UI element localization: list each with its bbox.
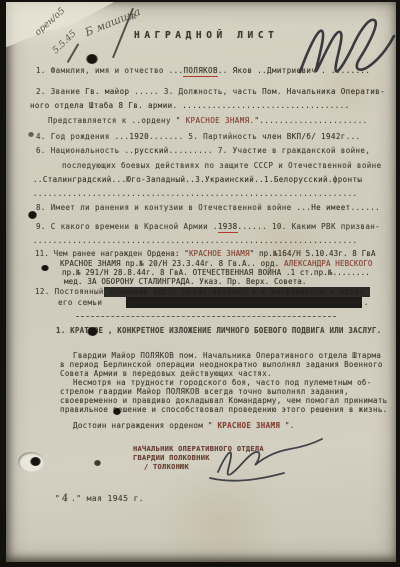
field-label-position: ..... 3. Должность, часть xyxy=(129,87,262,96)
feat-paragraph-line-7: правильное решение и способствовал прове… xyxy=(60,405,387,414)
field-label-civil-war: ......... 7. Участие в гражданской войне… xyxy=(169,146,371,155)
signer-title-line-2: ГВАРДИИ ПОЛКОВНИК xyxy=(133,454,210,462)
form-line-wounds: 8. Имеет ли ранения и контузии в Отечест… xyxy=(36,203,380,212)
field-dots-party: ... xyxy=(346,132,361,141)
date-month-year: мая 1945 г. xyxy=(81,494,144,503)
ink-blot-8 xyxy=(94,460,101,466)
field-value-fronts: ..Сталинградский...Юго-Западный..3.Украи… xyxy=(33,175,362,184)
field-label-birth-year: 4. Год рождения ... xyxy=(36,132,129,141)
field-value-awards-intro: Ордена: " xyxy=(147,249,189,258)
form-line-prior-awards-4: мед. ЗА ОБОРОНУ СТАЛИНГРАДА. Указ. Пр. В… xyxy=(64,277,307,286)
field-value-award-order-3: пр.№ 291/Н 28.8.44г. 8 ГвА. ОТЕЧЕСТВЕННА… xyxy=(62,268,370,277)
ink-blot-4 xyxy=(41,265,49,271)
field-value-award-name: КРАСНОЕ ЗНАМЯ. xyxy=(186,116,255,125)
field-label-war-participation: последующих боевых действиях по защите С… xyxy=(62,161,382,170)
date-close-quote: ." xyxy=(71,494,81,503)
ink-blot-3 xyxy=(28,211,37,219)
field-value-surname: ПОЛЯКОВ xyxy=(183,66,217,77)
conclusion-text: Достоин награждения орденом " xyxy=(73,421,217,430)
field-value-given-names: .. Яков ..Дмитриевич . ........ xyxy=(218,66,370,75)
field-label-name: 1. Фамилия, имя и отчество ... xyxy=(36,66,183,75)
field-value-wounds: Не имеет xyxy=(311,203,350,212)
field-label-rank: 2. Звание xyxy=(36,87,85,96)
handwritten-signature xyxy=(204,432,334,484)
conclusion-award-name: КРАСНОЕ ЗНАМЯ xyxy=(217,421,280,430)
feat-section-heading: 1. КРАТКОЕ , КОНКРЕТНОЕ ИЗЛОЖЕНИЕ ЛИЧНОГ… xyxy=(56,326,381,335)
handwritten-note-date: 5.5.45 xyxy=(51,29,79,56)
field-value-award-medal: мед. ЗА ОБОРОНУ СТАЛИНГРАДА. Указ. Пр. В… xyxy=(64,277,307,286)
ink-blot-1 xyxy=(86,54,98,64)
field-value-nationality: русский xyxy=(134,146,168,155)
pencil-check-stroke xyxy=(67,43,79,63)
ink-blot-6 xyxy=(113,408,121,415)
field-label-rvk: ...... 10. Каким РВК призван- xyxy=(238,222,381,231)
field-label-prior-awards: 11. Чем ранее награжден xyxy=(35,249,147,258)
field-value-award-order-1: " пр.№164/Н 5.10.43г. 8 ГвА xyxy=(250,249,376,258)
form-line-prior-awards-1: 11. Чем ранее награжден Ордена: "КРАСНОЕ… xyxy=(35,249,376,258)
field-value-party: член ВКП/б/ 1942г xyxy=(262,132,346,141)
form-line-rank-position: 2. Звание Гв. майор ..... 3. Должность, … xyxy=(36,87,385,96)
handwritten-day: 4 xyxy=(60,492,72,504)
form-line-birth-party: 4. Год рождения ...1920....... 5. Партий… xyxy=(36,132,360,141)
field-label-party: ....... 5. Партийность xyxy=(149,132,262,141)
field-label-family: его семьи xyxy=(58,298,102,307)
form-line-nationality: 6. Национальность ..русский......... 7. … xyxy=(36,146,370,155)
field-dots-filler-2: ........................................… xyxy=(33,236,357,245)
redaction-bar-2 xyxy=(126,297,362,308)
feat-paragraph-line-3: Совета Армии в передовых действующих час… xyxy=(60,369,272,378)
field-value-rank: Гв. майор xyxy=(85,87,129,96)
form-line-prior-awards-2: КРАСНОЕ ЗНАМЯ пр.№ 20/Н 23.3.44г. 8 Гв.А… xyxy=(60,259,373,268)
feat-paragraph-line-5: стрелом гвардии Майор ПОЛЯКОВ всегда точ… xyxy=(60,387,349,396)
form-line-position-cont: ного отдела Штаба 8 Гв. армии. .........… xyxy=(30,101,350,110)
document-title: НАГРАДНОЙ ЛИСТ xyxy=(134,30,278,41)
field-value-birth-year: 1920 xyxy=(129,132,149,141)
form-line-war-participation: последующих боевых действиях по защите С… xyxy=(62,161,382,170)
field-label-nominated: Представляется к ..ордену " xyxy=(48,116,186,125)
ink-blot-5 xyxy=(87,327,98,336)
field-value-award-nevsky: АЛЕКСАНДРА НЕВСКОГО xyxy=(284,259,373,268)
date-line: "4." мая 1945 г. xyxy=(55,493,144,504)
form-line-prior-awards-3: пр.№ 291/Н 28.8.44г. 8 ГвА. ОТЕЧЕСТВЕННА… xyxy=(62,268,370,277)
feat-paragraph-line-1: Гвардии Майор ПОЛЯКОВ пом. Начальника Оп… xyxy=(73,351,381,360)
form-line-fronts: ..Сталинградский...Юго-Западный..3.Украи… xyxy=(33,175,362,184)
field-label-wounds: 8. Имеет ли ранения и контузии в Отечест… xyxy=(36,203,311,212)
separator-line xyxy=(76,316,336,317)
field-value-position: Пом. Начальника Оператив- xyxy=(262,87,385,96)
form-line-dots-2: ........................................… xyxy=(33,236,357,245)
form-line-name: 1. Фамилия, имя и отчество ...ПОЛЯКОВ.. … xyxy=(36,66,370,75)
field-value-army-since: 1938 xyxy=(218,222,238,233)
feat-paragraph-line-4: Несмотря на трудности городского боя, ча… xyxy=(73,378,372,387)
field-value-award-red-banner-1: КРАСНОЕ ЗНАМЯ xyxy=(189,249,250,258)
feat-paragraph-line-2: в период Берлинской операции неоднократн… xyxy=(60,360,383,369)
redaction-bar-1 xyxy=(104,287,370,297)
form-line-dots-1: ........................................… xyxy=(33,189,357,198)
field-value-award-order-2: КРАСНОЕ ЗНАМЯ пр.№ 20/Н 23.3.44г. 8 Гв.А… xyxy=(60,259,284,268)
form-line-army-service: 9. С какого времени в Красной Армии .193… xyxy=(36,222,380,231)
field-label-army-since: 9. С какого времени в Красной Армии . xyxy=(36,222,218,231)
field-value-unit: ного отдела Штаба 8 Гв. армии. .........… xyxy=(30,101,350,110)
signer-name: / ТОЛКОНЮК xyxy=(144,463,189,471)
conclusion-quote: ". xyxy=(280,421,294,430)
field-dots-nominated: "...................... xyxy=(254,116,367,125)
scanned-award-document: { "annotations": { "note1": "орен/о5", "… xyxy=(0,0,400,567)
ink-blot-2 xyxy=(28,132,34,137)
field-label-nationality: 6. Национальность .. xyxy=(36,146,134,155)
ink-blot-7 xyxy=(30,457,41,466)
feat-paragraph-line-6: своевременно и правдиво докладывал Коман… xyxy=(60,396,387,405)
feat-conclusion: Достоин награждения орденом " КРАСНОЕ ЗН… xyxy=(73,421,295,430)
paper-sheet: орен/о5 5.5.45 Б машина за НАГРАДНОЙ ЛИС… xyxy=(6,2,396,562)
field-dots-filler-1: ........................................… xyxy=(33,189,357,198)
field-dots-wounds: ...... xyxy=(351,203,381,212)
form-line-nominated-award: Представляется к ..ордену " КРАСНОЕ ЗНАМ… xyxy=(48,116,368,125)
